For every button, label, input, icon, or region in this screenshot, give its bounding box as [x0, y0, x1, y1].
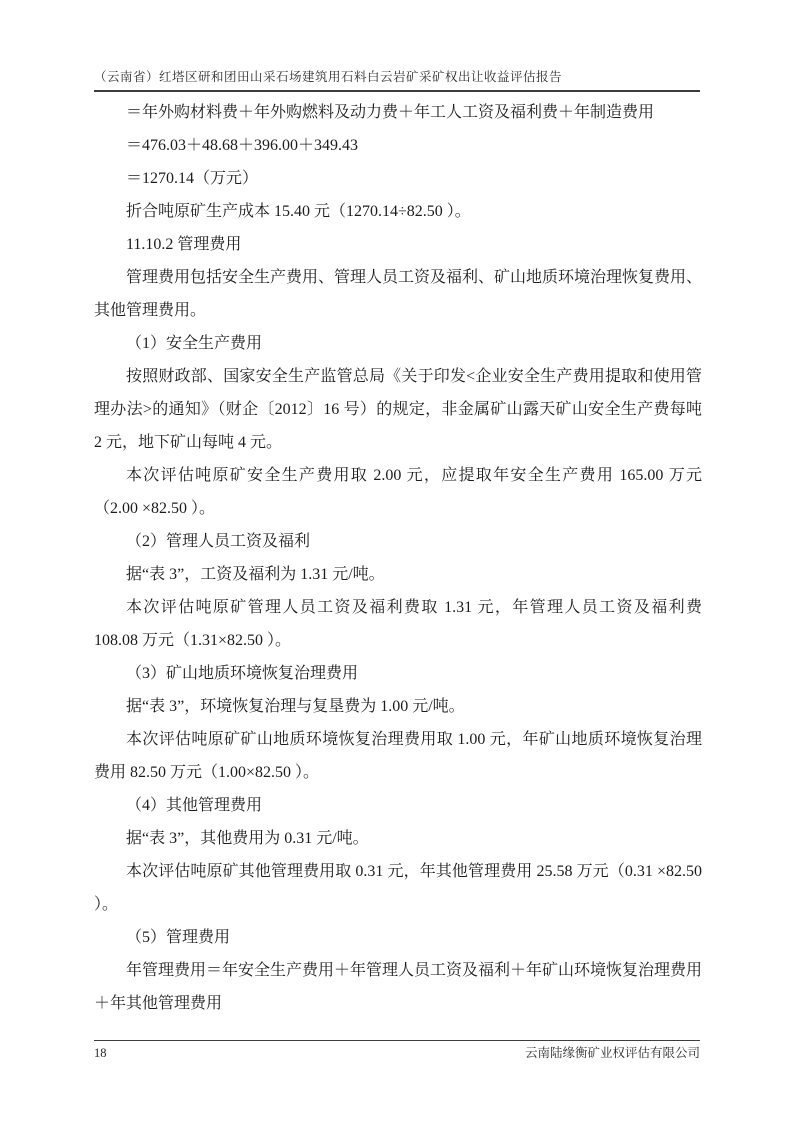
paragraph-mgmt-fee-intro: 管理费用包括安全生产费用、管理人员工资及福利、矿山地质环境治理恢复费用、其他管理… [94, 261, 702, 327]
page-footer: 18 云南陆缘衡矿业权评估有限公司 [94, 1040, 700, 1061]
footer-company: 云南陆缘衡矿业权评估有限公司 [525, 1045, 700, 1061]
page-number: 18 [94, 1045, 107, 1061]
subheading-4-other-fee: （4）其他管理费用 [94, 789, 702, 822]
paragraph-other-calculation: 本次评估吨原矿其他管理费用取 0.31 元，年其他管理费用 25.58 万元（0… [94, 855, 702, 921]
subheading-5-mgmt-fee: （5）管理费用 [94, 921, 702, 954]
paragraph-salary-rate: 据“表 3”，工资及福利为 1.31 元/吨。 [94, 558, 702, 591]
paragraph-cost-formula: ＝年外购材料费＋年外购燃料及动力费＋年工人工资及福利费＋年制造费用 [94, 96, 702, 129]
paragraph-env-rate: 据“表 3”，环境恢复治理与复垦费为 1.00 元/吨。 [94, 690, 702, 723]
paragraph-mgmt-fee-formula: 年管理费用＝年安全生产费用＋年管理人员工资及福利＋年矿山环境恢复治理费用＋年其他… [94, 954, 702, 1020]
page-header: （云南省）红塔区研和团田山采石场建筑用石料白云岩矿采矿权出让收益评估报告 [94, 68, 700, 92]
paragraph-safety-regulation: 按照财政部、国家安全生产监管总局《关于印发<企业安全生产费用提取和使用管理办法>… [94, 360, 702, 459]
header-title: （云南省）红塔区研和团田山采石场建筑用石料白云岩矿采矿权出让收益评估报告 [94, 70, 562, 84]
paragraph-cost-values: ＝476.03＋48.68＋396.00＋349.43 [94, 129, 702, 162]
paragraph-env-calculation: 本次评估吨原矿矿山地质环境恢复治理费用取 1.00 元，年矿山地质环境恢复治理费… [94, 723, 702, 789]
paragraph-salary-calculation: 本次评估吨原矿管理人员工资及福利费取 1.31 元，年管理人员工资及福利费 10… [94, 591, 702, 657]
paragraph-cost-total: ＝1270.14（万元） [94, 162, 702, 195]
paragraph-other-rate: 据“表 3”，其他费用为 0.31 元/吨。 [94, 822, 702, 855]
subheading-1-safety-fee: （1）安全生产费用 [94, 327, 702, 360]
section-heading-11-10-2: 11.10.2 管理费用 [94, 228, 702, 261]
document-body: ＝年外购材料费＋年外购燃料及动力费＋年工人工资及福利费＋年制造费用 ＝476.0… [94, 96, 702, 1020]
subheading-2-staff-salary: （2）管理人员工资及福利 [94, 525, 702, 558]
paragraph-safety-calculation: 本次评估吨原矿安全生产费用取 2.00 元，应提取年安全生产费用 165.00 … [94, 459, 702, 525]
paragraph-cost-per-ton: 折合吨原矿生产成本 15.40 元（1270.14÷82.50 ）。 [94, 195, 702, 228]
document-page: （云南省）红塔区研和团田山采石场建筑用石料白云岩矿采矿权出让收益评估报告 ＝年外… [0, 0, 794, 1123]
subheading-3-env-restoration: （3）矿山地质环境恢复治理费用 [94, 657, 702, 690]
